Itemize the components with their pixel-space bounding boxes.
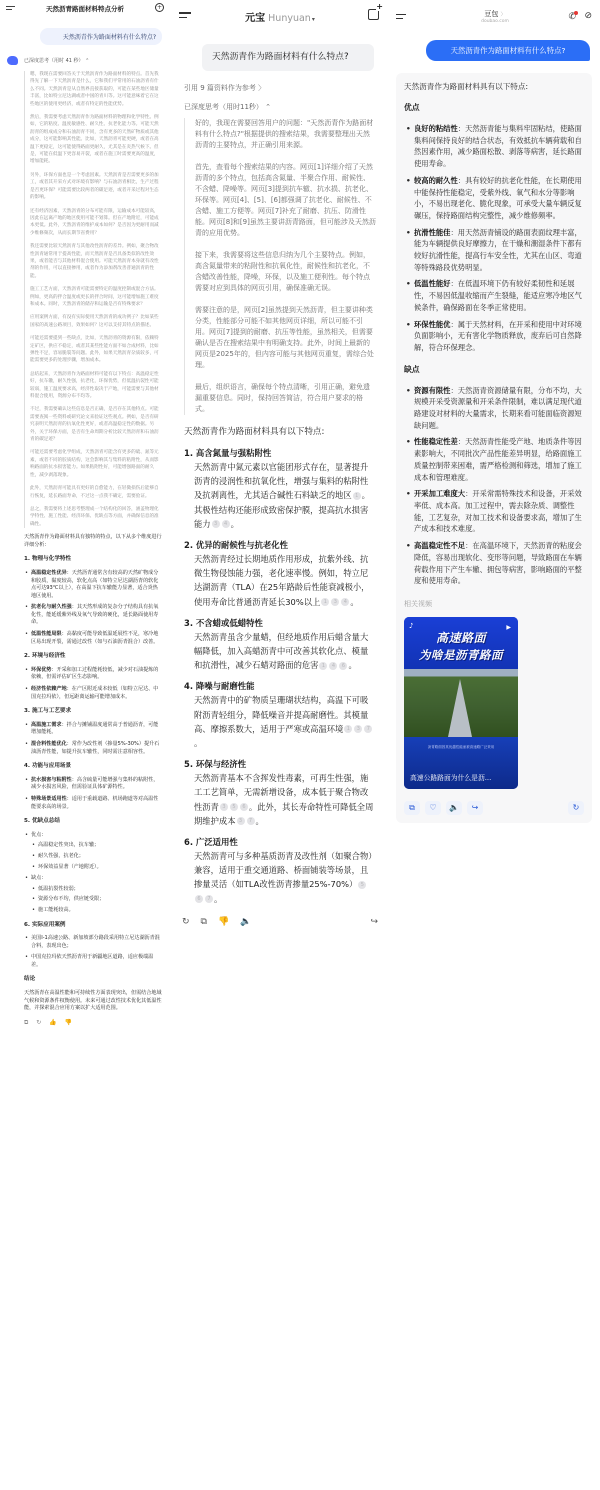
answer-intro: 天然沥青作为路面材料具有以下特点:: [404, 81, 584, 93]
thinking-paragraph: 总之，我需要将上述思考整理成一个结构化的回答，涵盖物理化学特性、施工性能、经济环…: [30, 506, 162, 528]
thinking-paragraph: 最后，组织语言，确保每个特点清晰，引用正确，避免遗漏重要信息。同时，保持回答简洁…: [195, 382, 376, 415]
assistant-message: 天然沥青作为路面材料具有以下特点: 优点 良好的粘结性：天然沥青能与集料牢固粘结…: [396, 73, 592, 823]
item-term: 性能稳定性差: [414, 437, 458, 446]
message-actions: ⧉ ↻ 👍 👎: [24, 1019, 170, 1027]
group-label: 缺点：: [31, 875, 46, 881]
thumbs-down-icon[interactable]: 👎: [65, 1019, 72, 1027]
list-item: 缺点：低温抗裂性较弱；资源分布不均，供应链受限；施工能耗较高。: [24, 875, 162, 914]
citation-badge[interactable]: 3: [237, 817, 245, 825]
citation-badge[interactable]: 3: [331, 598, 339, 606]
citation-badge[interactable]: 3: [220, 803, 228, 811]
thinking-label: 已深度思考（用时 41 秒）: [24, 58, 84, 64]
assistant-logo-icon: [7, 56, 18, 65]
citation-badge[interactable]: 3: [212, 520, 220, 528]
feature-text: 天然沥青经过长期地质作用形成，抗紫外线、抗微生物侵蚀能力强，老化速率慢。例如，特…: [194, 552, 376, 609]
copy-icon[interactable]: ⧉: [201, 917, 207, 927]
item-term: 高温稳定性优异: [31, 570, 67, 576]
section-heading: 2. 环境与经济性: [24, 653, 162, 661]
list-item: 性能稳定性差：天然沥青性能受产地、地质条件等因素影响大，不同批次产品性能差异明显…: [404, 436, 584, 483]
mute-icon[interactable]: ⊘: [584, 11, 592, 21]
list-item: 高温施工需求：拌合与摊铺温度通常高于普通沥青，可能增加能耗。: [24, 722, 162, 737]
answer-content: 天然沥青作为路面材料具有独特的特点，以下从多个维度进行详细分析： 1. 物理与化…: [24, 534, 162, 1013]
phone-call-icon[interactable]: ✆: [568, 12, 576, 22]
new-chat-icon[interactable]: [368, 9, 379, 20]
user-message: 天然沥青作为路面材料有什么特点?: [202, 44, 374, 71]
regenerate-icon[interactable]: ↻: [568, 801, 584, 815]
new-chat-icon[interactable]: +: [155, 3, 164, 12]
citation-sources-link[interactable]: 引用 9 篇资料作为参考 〉: [184, 83, 388, 93]
chat-header: 天然沥青路面材料特点分析 +: [0, 0, 170, 18]
item-term: 较高的耐久性: [414, 176, 458, 185]
sub-list-item: 低温抗裂性较弱；: [31, 886, 162, 894]
feature-item: 2. 优异的耐候性与抗老化性天然沥青经过长期地质作用形成，抗紫外线、抗微生物侵蚀…: [184, 539, 376, 609]
section-list: 优点：高温稳定性突出，抗车辙；耐久性强，抗老化；环保效益显著（产地附近）。缺点：…: [24, 832, 162, 915]
thumbs-up-icon[interactable]: 👍: [49, 1019, 56, 1027]
model-name: Hunyuan: [268, 13, 311, 24]
thinking-paragraph: 接下来，我需要将这些信息归纳为几个主要特点。例如，高含氮量带来的粘附性和抗氧化性…: [195, 250, 376, 294]
item-term: 抗水损害与粘附性: [31, 777, 72, 783]
citation-badge[interactable]: 6: [339, 662, 347, 670]
thumbs-down-icon[interactable]: ♡: [425, 801, 441, 815]
feature-text: 天然沥青中氮元素以官能团形式存在，显著提升沥青的浸润性和抗氧化性，增强与集料的粘…: [194, 460, 376, 531]
section-list: 美国I-1高速公路、新加坡部分路段采用特立尼达湖沥青混合料，表现出色；中国克拉玛…: [24, 935, 162, 969]
video-title-line1: 高速路面: [404, 629, 518, 646]
answer-intro: 天然沥青作为路面材料具有以下特点:: [184, 426, 376, 439]
thinking-toggle[interactable]: 已深度思考（用时11秒） ⌃: [184, 102, 388, 112]
sub-list: 高温稳定性突出，抗车辙；耐久性强，抗老化；环保效益显著（产地附近）。: [31, 842, 162, 871]
feature-title: 5. 环保与经济性: [184, 758, 376, 771]
section-heading: 5. 优缺点总结: [24, 818, 162, 826]
pros-list: 良好的粘结性：天然沥青能与集料牢固粘结，使路面集料间保持良好的结合状态，有效抵抗…: [404, 123, 584, 354]
item-term: 抗老化与耐久性强: [31, 604, 72, 610]
list-item: 低温性能好：在低温环境下仍有较好柔韧性和延展性，不易因低温收缩而产生裂缝，能适应…: [404, 278, 584, 313]
list-item: 环保优势：开采和加工过程能耗较低，减少对石油提炼的依赖，但需评估矿区生态影响。: [24, 667, 162, 682]
copy-icon[interactable]: ⧉: [24, 1019, 28, 1027]
list-item: 开采加工难度大：开采常需特殊技术和设备，开采效率低、成本高。加工过程中，需去除杂…: [404, 488, 584, 535]
share-icon[interactable]: ↪: [370, 917, 378, 927]
item-term: 低温性能好: [414, 279, 450, 288]
list-item: 环保性能优：属于天然材料，在开采和使用中对环境负面影响小，无有害化学物质释放，废…: [404, 319, 584, 354]
item-term: 资源有限性: [414, 386, 450, 395]
thinking-paragraph: 应用案例方面，有没有实际使用天然沥青的成功例子？比如某些国家的高速公路项目，效果…: [30, 314, 162, 329]
list-item: 中国克拉玛依天然沥青用于新疆地区道路，适应极端温差。: [24, 954, 162, 969]
thinking-paragraph: 总结起来，天然沥青作为路面材料可能有以下特点：高温稳定性好，抗车辙，耐久性强，抗…: [30, 371, 162, 401]
list-item: 美国I-1高速公路、新加坡部分路段采用特立尼达湖沥青混合料，表现出色；: [24, 935, 162, 950]
section-heading: 3. 施工与工艺要求: [24, 708, 162, 716]
conclusion-text: 天然沥青在高温性能和可持续性方面表现突出，但需结合地域气候和资源条件权衡使用。未…: [24, 990, 162, 1013]
citation-badge[interactable]: 6: [195, 895, 203, 903]
feature-title: 6. 广泛适用性: [184, 836, 376, 849]
list-item: 资源有限性：天然沥青资源储量有限，分布不均，大规模开采受资源量和开采条件限制，难…: [404, 385, 584, 432]
thinking-paragraph: 可能还需要考虑化学组成，天然沥青可能含有更多的硫、氮等元素，或者不同的胶质结构，…: [30, 449, 162, 479]
citation-badge[interactable]: 5: [358, 881, 366, 889]
thinking-paragraph: 嗯，我现在需要回答关于天然沥青作为路面材料的特点。首先我得先了解一下天然沥青是什…: [30, 71, 162, 108]
feature-item: 3. 不含蜡或低蜡特性天然沥青虽含少量蜡，但经地质作用后蜡含量大幅降低，加入高蜡…: [184, 617, 376, 673]
citation-badge[interactable]: 3: [354, 725, 362, 733]
citation-badge[interactable]: 7: [364, 725, 372, 733]
feature-item: 6. 广泛适用性天然沥青可与多种基质沥青及改性剂（如聚合物）兼容，适用于重交通道…: [184, 836, 376, 906]
citation-badge[interactable]: 5: [230, 803, 238, 811]
deepseek-chat-panel: 天然沥青路面材料特点分析 + 天然沥青作为路面材料有什么特点? 已深度思考（用时…: [0, 0, 170, 1490]
user-message: 天然沥青作为路面材料有什么特点?: [40, 28, 162, 45]
thinking-paragraph: 施工工艺方面，天然沥青可能需要特定的温度控制或混合方法。例如，更高的拌合温度或更…: [30, 286, 162, 308]
regenerate-icon[interactable]: ↻: [36, 1019, 41, 1027]
section-heading: 4. 功能与应用场景: [24, 763, 162, 771]
item-term: 低温性能局限: [31, 631, 62, 637]
citation-badge[interactable]: 1: [319, 662, 327, 670]
copy-icon[interactable]: ⧉: [404, 801, 420, 815]
citation-badge[interactable]: 4: [222, 520, 230, 528]
feature-title: 1. 高含氮量与强粘附性: [184, 447, 376, 460]
model-selector[interactable]: 元宝Hunyuan▾: [172, 9, 388, 24]
feature-title: 3. 不含蜡或低蜡特性: [184, 617, 376, 630]
list-item: 特殊场景适用性：适用于重载道路、机场跑道等对高温性能要求高的场景。: [24, 796, 162, 811]
feature-text: 天然沥青可与多种基质沥青及改性剂（如聚合物）兼容，适用于重交通道路、桥面铺装等场…: [194, 849, 376, 906]
sub-list-item: 耐久性强，抗老化；: [31, 853, 162, 861]
yuanbao-chat-panel: 元宝Hunyuan▾ 天然沥青作为路面材料有什么特点? 引用 9 篇资料作为参考…: [172, 0, 388, 1490]
speaker-icon[interactable]: 🔈: [240, 917, 251, 927]
item-term: 高温稳定性不足: [414, 541, 465, 550]
thinking-paragraph: 此外，天然沥青可能具有更好的自愈能力，在轻微损伤后能够自行恢复，延长路面寿命，不…: [30, 485, 162, 500]
thinking-paragraph: 不过，我需要确认这些信息是否正确，是否存在其他特点。可能需要查阅一些资料或研究论…: [30, 406, 162, 443]
citation-badge[interactable]: 1: [344, 725, 352, 733]
list-item: 经济性依赖产地：在产区附近成本较低（如特立尼达、中国克拉玛依），但远距离运输可能…: [24, 686, 162, 701]
thinking-toggle[interactable]: 已深度思考（用时 41 秒） ⌃: [0, 57, 170, 67]
section-heading: 6. 实际应用案例: [24, 922, 162, 930]
section-list: 抗水损害与粘附性：高含硫量可能增强与集料的粘附性，减少水损害风险，但需验证具体矿…: [24, 777, 162, 811]
section-list: 高温稳定性优异：天然沥青通常含有较高的天然矿物成分和胶质，黏度较高，软化点高（如…: [24, 570, 162, 646]
pros-heading: 优点: [404, 102, 584, 113]
conclusion-heading: 结论: [24, 976, 162, 984]
feature-text: 天然沥青虽含少量蜡，但经地质作用后蜡含量大幅降低，加入高蜡沥青中可改善其软化点、…: [194, 630, 376, 673]
list-item: 良好的粘结性：天然沥青能与集料牢固粘结，使路面集料间保持良好的结合状态，有效抵抗…: [404, 123, 584, 170]
thumbs-down-icon[interactable]: 👎: [218, 917, 229, 927]
item-term: 环保优势: [31, 667, 51, 673]
chevron-up-icon: ⌃: [85, 58, 89, 64]
citation-badge[interactable]: 7: [247, 817, 255, 825]
section-heading: 1. 物理与化学特性: [24, 556, 162, 564]
feature-text: 天然沥青基本不含挥发性毒素，可再生性强，施工工艺简单，无需新增设备，成本低于聚合…: [194, 771, 376, 828]
video-thumbnail: [404, 669, 518, 737]
feature-text: 天然沥青中的矿物质呈珊瑚状结构，高温下可吸附沥青轻组分，降低噪音并提高耐磨性。其…: [194, 693, 376, 750]
video-card[interactable]: ♪ ▶ 高速路面 为啥是沥青路面 沥青路面因其优越性能而被高速路广泛采用 高速公…: [404, 617, 518, 789]
thinking-content: 好的，我现在需要回答用户的问题："天然沥青作为路面材料有什么特点?"根据提供的搜…: [184, 118, 376, 415]
thinking-content: 嗯，我现在需要回答关于天然沥青作为路面材料的特点。首先我得先了解一下天然沥青是什…: [24, 71, 162, 528]
notification-dot: [574, 11, 578, 15]
item-term: 特殊场景适用性: [31, 796, 67, 802]
speaker-icon[interactable]: 🔈: [446, 801, 462, 815]
thinking-paragraph: 需要注意的是，网页[2]虽然提到天然沥青，但主要讲种类分类，性能部分可能不如其他…: [195, 305, 376, 371]
thinking-paragraph: 我还需要比较天然沥青与其他改性沥青的差异。例如，聚合物改性沥青通常用于提高性能，…: [30, 243, 162, 280]
citation-badge[interactable]: 1: [321, 598, 329, 606]
sub-list: 低温抗裂性较弱；资源分布不均，供应链受限；施工能耗较高。: [31, 886, 162, 915]
list-item: 高温稳定性优异：天然沥青通常含有较高的天然矿物成分和胶质，黏度较高，软化点高（如…: [24, 570, 162, 600]
sub-list-item: 高温稳定性突出，抗车辙；: [31, 842, 162, 850]
list-item: 抗水损害与粘附性：高含硫量可能增强与集料的粘附性，减少水损害风险，但需验证具体矿…: [24, 777, 162, 792]
feature-title: 2. 优异的耐候性与抗老化性: [184, 539, 376, 552]
feature-item: 4. 降噪与耐磨性能天然沥青中的矿物质呈珊瑚状结构，高温下可吸附沥青轻组分，降低…: [184, 680, 376, 750]
citation-badge[interactable]: 4: [329, 662, 337, 670]
item-term: 经济性依赖产地: [31, 686, 67, 692]
item-term: 良好的粘结性: [414, 124, 458, 133]
answer-intro: 天然沥青作为路面材料具有独特的特点，以下从多个维度进行详细分析：: [24, 534, 162, 549]
answer-content: 天然沥青作为路面材料具有以下特点: 1. 高含氮量与强粘附性天然沥青中氮元素以官…: [184, 426, 376, 906]
list-item: 低温性能局限：高黏度可能导致低温延展性不足，寒冷地区易出现开裂，需通过改性（如与…: [24, 631, 162, 646]
thinking-paragraph: 首先，查看每个搜索结果的内容。网页[1]详细介绍了天然沥青的多个特点，包括高含氮…: [195, 162, 376, 239]
citation-badge[interactable]: 4: [341, 598, 349, 606]
section-list: 高温施工需求：拌合与摊铺温度通常高于普通沥青，可能增加能耗。混合料性能优化：常作…: [24, 722, 162, 756]
chevron-down-icon: ▾: [312, 16, 315, 23]
app-name: 元宝: [245, 13, 265, 24]
chat-title: 天然沥青路面材料特点分析: [0, 4, 170, 13]
sub-list-item: 资源分布不均，供应链受限；: [31, 896, 162, 904]
list-item: 混合料性能优化：常作为改性剂（掺量5%-30%）提升石油沥青性能，如提升抗车辙性…: [24, 741, 162, 756]
feature-item: 5. 环保与经济性天然沥青基本不含挥发性毒素，可再生性强，施工工艺简单，无需新增…: [184, 758, 376, 828]
chat-header: 豆包 〉 doubao.com ✆ ⊘: [390, 0, 600, 32]
sub-list-item: 施工能耗较高。: [31, 907, 162, 915]
thinking-paragraph: 好的，我现在需要回答用户的问题："天然沥青作为路面材料有什么特点?"根据提供的搜…: [195, 118, 376, 151]
cons-list: 资源有限性：天然沥青资源储量有限，分布不均，大规模开采受资源量和开采条件限制，难…: [404, 385, 584, 587]
thinking-paragraph: 另外，环保方面也是一个考虑因素。天然沥青是否需要更多的加工，或者其开采方式对环境…: [30, 172, 162, 202]
thinking-paragraph: 可能还需要提到一些缺点，比如，天然沥青的资源有限，依赖特定矿区，供应不稳定，或者…: [30, 335, 162, 365]
list-item: 优点：高温稳定性突出，抗车辙；耐久性强，抗老化；环保效益显著（产地附近）。: [24, 832, 162, 871]
item-term: 开采加工难度大: [414, 489, 465, 498]
list-item: 高温稳定性不足：在高温环境下，天然沥青的粘度会降低，容易出现软化、变形等问题，导…: [404, 540, 584, 587]
list-item: 较高的耐久性：具有较好的抗老化性能，在长期使用中能保持性能稳定，受紫外线、氧气和…: [404, 175, 584, 222]
citation-badge[interactable]: 7: [205, 895, 213, 903]
item-term: 环保性能优: [414, 320, 450, 329]
item-term: 高温施工需求: [31, 722, 62, 728]
citation-badge[interactable]: 6: [240, 803, 248, 811]
doubao-chat-panel: 豆包 〉 doubao.com ✆ ⊘ 天然沥青作为路面材料有什么特点? 天然沥…: [390, 0, 600, 1490]
list-item: 抗老化与耐久性强：其天然形成的复杂分子结构具有抗氧化性，能延缓紫外线及氧气导致的…: [24, 604, 162, 627]
feature-title: 4. 降噪与耐磨性能: [184, 680, 376, 693]
message-actions: ↻ ⧉ 👎 🔈 ↪: [182, 914, 378, 930]
regenerate-icon[interactable]: ↻: [182, 917, 190, 927]
message-actions: ⧉ ♡ 🔈 ↪ ↻: [404, 801, 584, 815]
video-caption: 高速公路路面为什么是沥...: [410, 772, 491, 782]
user-message: 天然沥青作为路面材料有什么特点?: [426, 40, 590, 61]
video-subcaption: 沥青路面因其优越性能而被高速路广泛采用: [410, 745, 512, 750]
item-term: 抗滑性能佳: [414, 228, 450, 237]
share-icon[interactable]: ↪: [467, 801, 483, 815]
feature-item: 1. 高含氮量与强粘附性天然沥青中氮元素以官能团形式存在，显著提升沥青的浸润性和…: [184, 447, 376, 531]
group-label: 优点：: [31, 832, 46, 838]
list-item: 抗滑性能佳：用天然沥青铺设的路面表面纹理丰富，能为车辆提供良好摩擦力，在干燥和潮…: [404, 227, 584, 274]
citation-badge[interactable]: 1: [353, 492, 361, 500]
thinking-paragraph: 还有经济因素，天然沥青的分布可能有限，运输成本可能较高，因此在远离产地的地区使用…: [30, 208, 162, 238]
video-title-line2: 为啥是沥青路面: [404, 647, 518, 663]
item-text: ：开采和加工过程能耗较低，减少对石油提炼的依赖，但需评估矿区生态影响。: [31, 667, 158, 681]
related-videos-label: 相关视频: [404, 599, 584, 609]
chat-header: 元宝Hunyuan▾: [172, 0, 388, 30]
item-term: 混合料性能优化: [31, 741, 67, 747]
chevron-right-icon: 〉: [501, 12, 506, 18]
section-list: 环保优势：开采和加工过程能耗较低，减少对石油提炼的依赖，但需评估矿区生态影响。经…: [24, 667, 162, 701]
thinking-paragraph: 然后，我需要考虑天然沥青作为路面材料的物理和化学特性。例如，它的粘度、温度敏感性…: [30, 114, 162, 166]
cons-heading: 缺点: [404, 364, 584, 375]
sub-list-item: 环保效益显著（产地附近）。: [31, 864, 162, 872]
